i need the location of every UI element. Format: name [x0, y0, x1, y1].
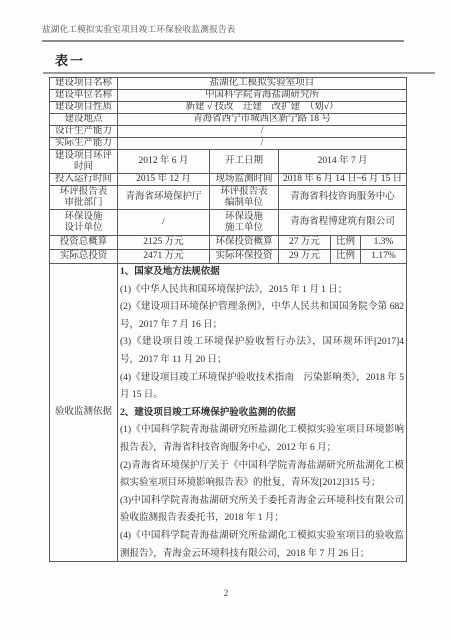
scanned-report-page: 盐湖化工模拟实验室项目竣工环保验收监测报告表 表一 建设项目名称 盐湖化工模拟实… [0, 0, 452, 640]
row-label: 设计生产能力 [50, 126, 118, 138]
row-label: 建设项目名称 [50, 78, 118, 90]
basis-item: (1)《中国科学院青海盐湖研究所盐湖化工模拟实验室项目环境影响报告表》，青海省科… [120, 422, 404, 457]
row-value: 青海省科技咨询服务中心 [279, 186, 407, 210]
table-row-actual-investment: 实际总投资 2471 万元 实际环保投资 29 万元 比例 1.17% [50, 250, 407, 264]
row-value: / [118, 138, 407, 150]
table-row-project-name: 建设项目名称 盐湖化工模拟实验室项目 [50, 78, 407, 90]
header-rule [42, 40, 404, 42]
row-label: 环保设施 设计单位 [50, 210, 118, 236]
page-number: 2 [0, 588, 452, 598]
basis-item: (4)《中国科学院青海盐湖研究所盐湖化工模拟实验室项目的验收监测报告》，青海金云… [120, 528, 404, 561]
row-label: 开工日期 [210, 150, 279, 174]
row-label: 实际环保投资 [210, 250, 279, 264]
basis-item: (2)《建设项目环境保护管理条例》，中华人民共和国国务院令第 682 号，201… [120, 299, 404, 334]
basis-item: (3)《建设项目竣工环境保护验收暂行办法》，国环规环评[2017]4 号，201… [120, 334, 404, 369]
row-value: 2014 年 7 月 [279, 150, 407, 174]
row-label: 建设项目性质 [50, 102, 118, 114]
row-label: 实际总投资 [50, 250, 118, 264]
row-value: 2012 年 6 月 [118, 150, 210, 174]
row-value: 盐湖化工模拟实验室项目 [118, 78, 407, 90]
table-row-project-type: 建设项目性质 新建 √ 技改 迁建 改扩建 （划√） [50, 102, 407, 114]
row-value: 青海省环境保护厅 [118, 186, 210, 210]
monitoring-basis-content: 1、国家及地方法规依据 (1)《中华人民共和国环境保护法》，2015 年 1 月… [118, 264, 407, 562]
basis-item: (3)中国科学院青海盐湖研究所关于委托青海金云环境科技有限公司验收监测报告表委托… [120, 493, 404, 528]
table-row-operation-time: 投入运行时间 2015 年 12 月 现场监测时间 2018 年 6 月 14 … [50, 174, 407, 186]
row-value: 新建 √ 技改 迁建 改扩建 （划√） [118, 102, 407, 114]
table-row-budget-investment: 投资总概算 2125 万元 环保投资概算 27 万元 比例 1.3% [50, 236, 407, 250]
row-value: 27 万元 [279, 236, 331, 250]
row-label: 环保投资概算 [210, 236, 279, 250]
table-row-actual-capacity: 实际生产能力 / [50, 138, 407, 150]
basis-section-2-heading: 2、建设项目竣工环境保护验收监测的依据 [120, 405, 404, 423]
row-value: 青海省西宁市城西区新宁路 18 号 [118, 114, 407, 126]
table-row-eia-time: 建设项目环评 时间 2012 年 6 月 开工日期 2014 年 7 月 [50, 150, 407, 174]
row-label: 验收监测依据 [50, 264, 118, 562]
section-title: 表一 [55, 50, 85, 69]
row-value: 2015 年 12 月 [118, 174, 210, 186]
row-value: 29 万元 [279, 250, 331, 264]
row-value: 2471 万元 [118, 250, 210, 264]
row-value: / [118, 126, 407, 138]
row-label: 投入运行时间 [50, 174, 118, 186]
row-label: 现场监测时间 [210, 174, 279, 186]
monitoring-basis-text: 1、国家及地方法规依据 (1)《中华人民共和国环境保护法》，2015 年 1 月… [120, 264, 404, 561]
table-row-env-facility-units: 环保设施 设计单位 / 环保设施 施工单位 青海省程博建筑有限公司 [50, 210, 407, 236]
row-label: 比例 [331, 236, 361, 250]
table-row-monitoring-basis: 验收监测依据 1、国家及地方法规依据 (1)《中华人民共和国环境保护法》，201… [50, 264, 407, 562]
basis-section-1-heading: 1、国家及地方法规依据 [120, 264, 404, 282]
table-row-eia-approval: 环评报告表 审批部门 青海省环境保护厅 环评报告表 编制单位 青海省科技咨询服务… [50, 186, 407, 210]
row-label: 建设地点 [50, 114, 118, 126]
row-value: 1.3% [361, 236, 407, 250]
row-label: 建设单位名称 [50, 90, 118, 102]
table-row-design-capacity: 设计生产能力 / [50, 126, 407, 138]
basis-item: (2)青海省环境保护厅关于《中国科学院青海盐湖研究所盐湖化工模拟实验室项目环境影… [120, 458, 404, 493]
row-value: / [118, 210, 210, 236]
row-label: 投资总概算 [50, 236, 118, 250]
table-row-location: 建设地点 青海省西宁市城西区新宁路 18 号 [50, 114, 407, 126]
row-label: 环评报告表 审批部门 [50, 186, 118, 210]
project-info-table: 建设项目名称 盐湖化工模拟实验室项目 建设单位名称 中国科学院青海盐湖研究所 建… [49, 77, 407, 562]
table-row-owner-name: 建设单位名称 中国科学院青海盐湖研究所 [50, 90, 407, 102]
basis-item: (1)《中华人民共和国环境保护法》，2015 年 1 月 1 日； [120, 282, 404, 300]
row-label: 比例 [331, 250, 361, 264]
row-value: 2018 年 6 月 14 日~6 月 15 日 [279, 174, 407, 186]
row-value: 1.17% [361, 250, 407, 264]
section-title-rule [43, 72, 435, 74]
row-label: 实际生产能力 [50, 138, 118, 150]
document-header-title: 盐湖化工模拟实验室项目竣工环保验收监测报告表 [42, 23, 236, 35]
basis-item: (4)《建设项目竣工环境保护验收技术指南 污染影响类》，2018 年 5 月 1… [120, 370, 404, 405]
row-label: 环保设施 施工单位 [210, 210, 279, 236]
row-label: 建设项目环评 时间 [50, 150, 118, 174]
row-value: 中国科学院青海盐湖研究所 [118, 90, 407, 102]
row-label: 环评报告表 编制单位 [210, 186, 279, 210]
row-value: 2125 万元 [118, 236, 210, 250]
row-value: 青海省程博建筑有限公司 [279, 210, 407, 236]
